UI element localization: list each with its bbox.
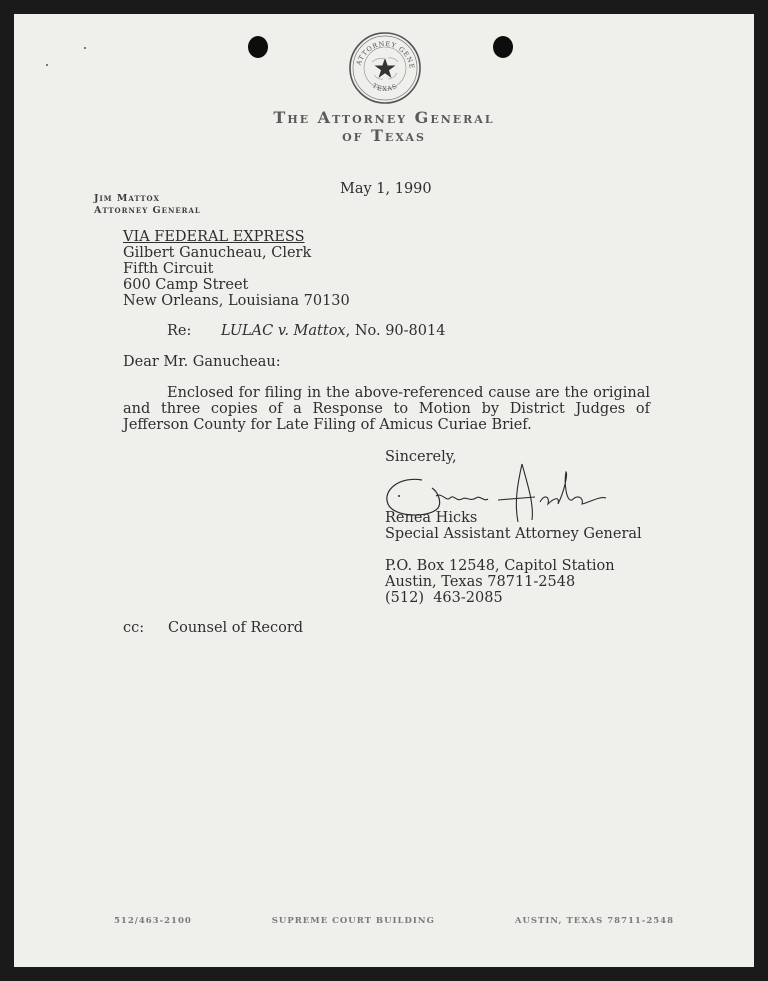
speck: [84, 47, 86, 49]
recipient-line: Gilbert Ganucheau, Clerk: [123, 245, 350, 261]
cc-label: cc:: [123, 620, 168, 636]
case-name: LULAC v. Mattox: [221, 323, 346, 339]
letter-page: THE ATTORNEY GENERAL TEXAS The Attorney …: [14, 14, 754, 967]
recipient-line: New Orleans, Louisiana 70130: [123, 293, 350, 309]
reference-line: Re:LULAC v. Mattox, No. 90-8014: [167, 323, 445, 339]
punch-hole-right: [493, 36, 513, 58]
footer-phone: 512/463-2100: [114, 916, 192, 926]
body-line: Jefferson County for Late Filing of Amic…: [123, 417, 650, 433]
cc-value: Counsel of Record: [168, 620, 303, 636]
star-seal-icon: THE ATTORNEY GENERAL TEXAS: [348, 31, 422, 105]
case-number: , No. 90-8014: [346, 323, 446, 339]
delivery-method: VIA FEDERAL EXPRESS: [123, 229, 350, 245]
body-line: and three copies of a Response to Motion…: [123, 401, 650, 417]
body-paragraph: Enclosed for filing in the above-referen…: [123, 385, 650, 433]
agency-name: The Attorney General: [14, 108, 754, 127]
salutation: Dear Mr. Ganucheau:: [123, 354, 281, 370]
signer-block: Renea Hicks Special Assistant Attorney G…: [385, 510, 642, 542]
recipient-line: 600 Camp Street: [123, 277, 350, 293]
cc-line: cc:Counsel of Record: [123, 620, 303, 636]
contact-line: Austin, Texas 78711-2548: [385, 574, 615, 590]
contact-line: (512) 463-2085: [385, 590, 615, 606]
svg-text:TEXAS: TEXAS: [371, 82, 399, 94]
contact-line: P.O. Box 12548, Capitol Station: [385, 558, 615, 574]
recipient-address: VIA FEDERAL EXPRESS Gilbert Ganucheau, C…: [123, 229, 350, 309]
footer-building: SUPREME COURT BUILDING: [272, 916, 435, 926]
recipient-line: Fifth Circuit: [123, 261, 350, 277]
body-line: Enclosed for filing in the above-referen…: [123, 385, 650, 401]
footer-city: AUSTIN, TEXAS 78711-2548: [515, 916, 674, 926]
attorney-general-title: Attorney General: [94, 205, 201, 216]
contact-block: P.O. Box 12548, Capitol Station Austin, …: [385, 558, 615, 606]
signer-title: Special Assistant Attorney General: [385, 526, 642, 542]
agency-state: of Texas: [14, 126, 754, 145]
letter-date: May 1, 1990: [340, 181, 432, 197]
letterhead-footer: 512/463-2100 SUPREME COURT BUILDING AUST…: [114, 916, 674, 926]
re-label: Re:: [167, 323, 221, 339]
signer-name: Renea Hicks: [385, 510, 642, 526]
punch-hole-left: [248, 36, 268, 58]
speck: [46, 64, 48, 66]
attorney-general-name: Jim Mattox: [94, 193, 160, 204]
